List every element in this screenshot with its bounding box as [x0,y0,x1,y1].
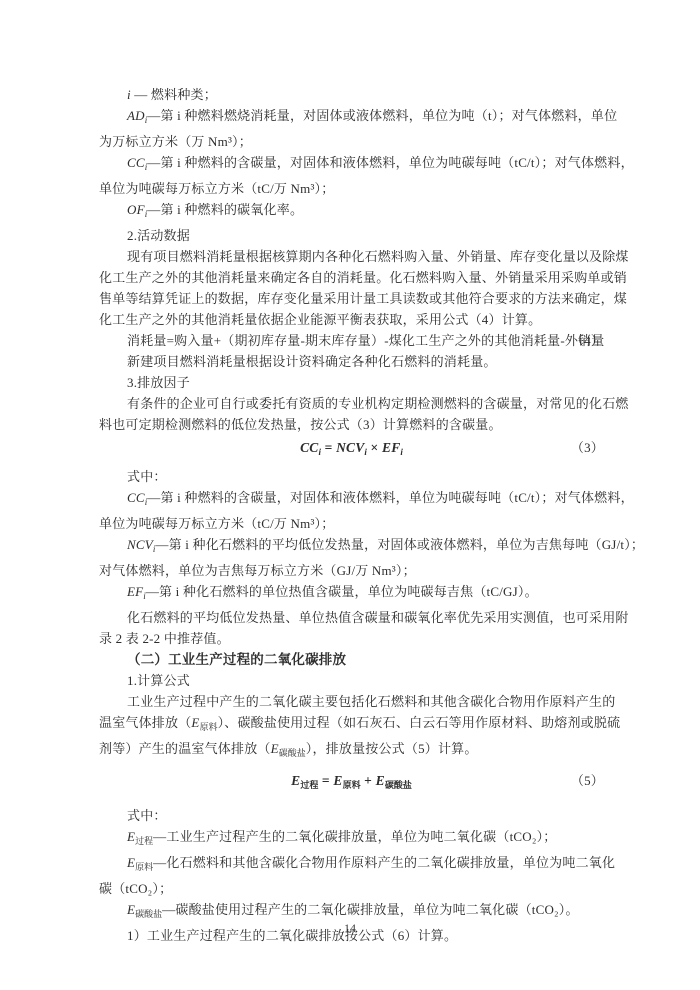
text-run: —碳酸盐使用过程产生的二氧化碳排放量，单位为吨二氧化碳（tCO₂）。 [162,902,579,917]
formula-4: 消耗量=购入量+（期初库存量-期末库存量）-煤化工生产之外的其他消耗量-外销量（… [99,330,604,351]
text-run: —工业生产过程产生的二氧化碳排放量，单位为吨二氧化碳（tCO₂）； [153,829,556,844]
line-measured-values-2: 录 2 表 2-2 中推荐值。 [99,628,604,649]
text-run: （二）工业生产过程的二氧化碳排放 [127,652,346,667]
math-variable: E [127,829,135,844]
text-run: ）、碳酸盐使用过程（如石灰石、白云石等用作原材料、助熔剂或脱硫 [218,715,621,730]
text-run: 化工生产之外的其他消耗量依据企业能源平衡表获取，采用公式（4）计算。 [99,312,541,327]
line-ad-def-cont: 为万标立方米（万 Nm³）； [99,131,604,152]
text-run: —第 i 种燃料的含碳量，对固体和液体燃料，单位为吨碳每吨（tC/t）；对气体燃… [147,155,634,170]
line-ncv-def: NCVi—第 i 种化石燃料的平均低位发热量，对固体或液体燃料，单位为吉焦每吨（… [99,534,604,560]
math-variable: E [333,773,342,788]
line-process-para-3: 剂等）产生的温室气体排放（E碳酸盐），排放量按公式（5）计算。 [99,738,604,764]
math-variable: CC [127,490,145,505]
text-run: 对气体燃料，单位为吉焦每万标立方米（GJ/万 Nm³）； [99,563,416,578]
equation-number: （3） [571,437,604,458]
math-variable: E [127,902,135,917]
text-run: 式中： [127,808,167,823]
line-e-material-def-cont: 碳（tCO₂）； [99,878,604,899]
math-subscript: 碳酸盐 [135,909,162,919]
text-run: —第 i 种化石燃料的平均低位发热量，对固体或液体燃料，单位为吉焦每吨（GJ/t… [155,537,644,552]
line-process-para-1: 工业生产过程中产生的二氧化碳主要包括化石燃料和其他含碳化合物用作原料产生的 [99,691,604,712]
line-measured-values-1: 化石燃料的平均低位发热量、单位热值含碳量和碳氧化率优先采用实测值，也可采用附 [99,607,604,628]
line-process-para-2: 温室气体排放（E原料）、碳酸盐使用过程（如石灰石、白云石等用作原材料、助熔剂或脱… [99,712,604,738]
math-variable: CC [127,155,145,170]
line-emission-factor-heading: 3.排放因子 [99,372,604,393]
math-variable: CC [300,440,318,455]
math-subscript: 原料 [343,780,361,790]
text-run: 料也可定期检测燃料的低位发热量，按公式（3）计算燃料的含碳量。 [99,417,502,432]
text-run: —化石燃料和其他含碳化合物用作原料产生的二氧化碳排放量，单位为吨二氧化 [153,855,615,870]
math-variable: NCV [127,537,153,552]
math-subscript: 碳酸盐 [385,780,412,790]
text-run: 单位为吨碳每万标立方米（tC/万 Nm³）； [99,181,334,196]
line-activity-para-2: 化工生产之外的其他消耗量来确定各自的消耗量。化石燃料购入量、外销量采用采购单或销 [99,267,604,288]
text-run: 售单等结算凭证上的数据，库存变化量采用计量工具读数或其他符合要求的方法来确定，煤 [99,291,627,306]
line-ad-def: ADi—第 i 种燃料燃烧消耗量，对固体或液体燃料，单位为吨（t）；对气体燃料，… [99,105,604,131]
text-run: = [318,773,333,788]
math-variable: E [271,741,279,756]
text-run: —第 i 种燃料的含碳量，对固体和液体燃料，单位为吨碳每吨（tC/t）；对气体燃… [147,490,634,505]
line-ef-para-2: 料也可定期检测燃料的低位发热量，按公式（3）计算燃料的含碳量。 [99,414,604,435]
text-run: —第 i 种燃料的碳氧化率。 [147,202,303,217]
line-activity-para-1: 现有项目燃料消耗量根据核算期内各种化石燃料购入量、外销量、库存变化量以及除煤 [99,246,604,267]
line-fuel-type-def: i — 燃料种类； [99,84,604,105]
text-run: — 燃料种类； [131,87,217,102]
text-run: 新建项目燃料消耗量根据设计资料确定各种化石燃料的消耗量。 [127,354,497,369]
line-e-process-def: E过程—工业生产过程产生的二氧化碳排放量，单位为吨二氧化碳（tCO₂）； [99,826,604,852]
math-variable: E [191,715,199,730]
line-activity-data-heading: 2.活动数据 [99,225,604,246]
line-ncv-def-cont: 对气体燃料，单位为吉焦每万标立方米（GJ/万 Nm³）； [99,560,604,581]
line-cc-def-cont: 单位为吨碳每万标立方米（tC/万 Nm³）； [99,178,604,199]
math-subscript: 过程 [300,780,318,790]
equation-number: （4） [571,330,604,351]
text-run: 1.计算公式 [127,673,190,688]
text-run: × [367,440,382,455]
math-variable: AD [127,108,145,123]
line-activity-para-3: 售单等结算凭证上的数据，库存变化量采用计量工具读数或其他符合要求的方法来确定，煤 [99,288,604,309]
math-subscript: i [400,447,403,457]
line-ef-def: EFi—第 i 种化石燃料的单位热值含碳量，单位为吨碳每吉焦（tC/GJ）。 [99,581,604,607]
math-variable: E [291,773,300,788]
line-activity-para-4: 化工生产之外的其他消耗量依据企业能源平衡表获取，采用公式（4）计算。 [99,309,604,330]
formula-5: E过程 = E原料 + E碳酸盐（5） [99,770,604,796]
math-subscript: 原料 [135,862,153,872]
line-of-def: OFi—第 i 种燃料的碳氧化率。 [99,199,604,225]
math-subscript: 碳酸盐 [279,748,306,758]
line-where-1: 式中： [99,466,604,487]
text-run: 现有项目燃料消耗量根据核算期内各种化石燃料购入量、外销量、库存变化量以及除煤 [127,249,629,264]
text-run: —第 i 种化石燃料的单位热值含碳量，单位为吨碳每吉焦（tC/GJ）。 [146,584,538,599]
text-run: ），排放量按公式（5）计算。 [306,741,478,756]
math-variable: OF [127,202,145,217]
text-run: = [321,440,336,455]
line-cc-def-2: CCi—第 i 种燃料的含碳量，对固体和液体燃料，单位为吨碳每吨（tC/t）；对… [99,487,604,513]
text-run: 工业生产过程中产生的二氧化碳主要包括化石燃料和其他含碳化合物用作原料产生的 [127,694,615,709]
text-run: 为万标立方米（万 Nm³）； [99,134,252,149]
math-variable: EF [127,584,143,599]
text-run: 碳（tCO₂）； [99,881,172,896]
text-run: 2.活动数据 [127,228,190,243]
line-e-material-def: E原料—化石燃料和其他含碳化合物用作原料产生的二氧化碳排放量，单位为吨二氧化 [99,852,604,878]
text-run: 3.排放因子 [127,375,190,390]
text-run: 剂等）产生的温室气体排放（ [99,741,271,756]
formula-3: CCi = NCVi × EFi（3） [99,437,604,463]
text-run: 单位为吨碳每万标立方米（tC/万 Nm³）； [99,516,334,531]
math-variable: NCV [336,440,364,455]
document-page: i — 燃料种类；ADi—第 i 种燃料燃烧消耗量，对固体或液体燃料，单位为吨（… [0,0,700,990]
text-run: 化工生产之外的其他消耗量来确定各自的消耗量。化石燃料购入量、外销量采用采购单或销 [99,270,627,285]
line-new-project: 新建项目燃料消耗量根据设计资料确定各种化石燃料的消耗量。 [99,351,604,372]
text-run: 化石燃料的平均低位发热量、单位热值含碳量和碳氧化率优先采用实测值，也可采用附 [127,610,629,625]
text-run: 录 2 表 2-2 中推荐值。 [99,631,230,646]
text-run: —第 i 种燃料燃烧消耗量，对固体或液体燃料，单位为吨（t）；对气体燃料，单位 [147,108,617,123]
line-where-2: 式中： [99,805,604,826]
document-body: i — 燃料种类；ADi—第 i 种燃料燃烧消耗量，对固体或液体燃料，单位为吨（… [99,84,604,946]
math-subscript: 过程 [135,836,153,846]
text-run: + [361,773,376,788]
text-run: 有条件的企业可自行或委托有资质的专业机构定期检测燃料的含碳量，对常见的化石燃 [127,396,629,411]
line-calc-formula-heading: 1.计算公式 [99,670,604,691]
text-run: 温室气体排放（ [99,715,191,730]
line-cc-def-2-cont: 单位为吨碳每万标立方米（tC/万 Nm³）； [99,513,604,534]
equation-number: （5） [571,770,604,791]
math-variable: E [127,855,135,870]
section-heading-industrial-process: （二）工业生产过程的二氧化碳排放 [99,649,604,670]
math-variable: E [376,773,385,788]
line-ef-para-1: 有条件的企业可自行或委托有资质的专业机构定期检测燃料的含碳量，对常见的化石燃 [99,393,604,414]
line-cc-def: CCi—第 i 种燃料的含碳量，对固体和液体燃料，单位为吨碳每吨（tC/t）；对… [99,152,604,178]
text-run: 消耗量=购入量+（期初库存量-期末库存量）-煤化工生产之外的其他消耗量-外销量 [127,333,604,348]
text-run: 式中： [127,469,167,484]
math-variable: EF [382,440,400,455]
math-subscript: 原料 [200,722,218,732]
page-number: 14 [0,921,700,935]
